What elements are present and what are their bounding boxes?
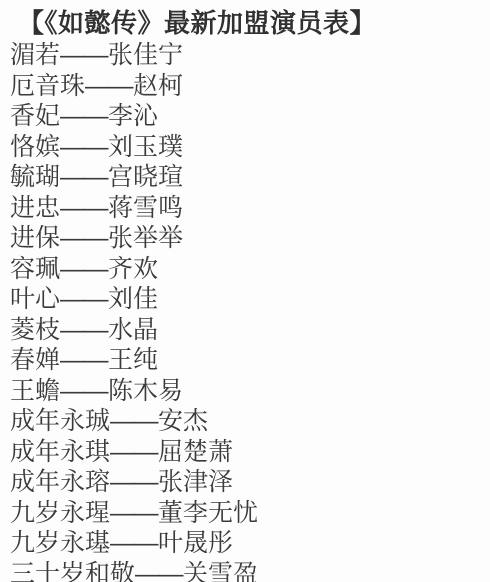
dash-separator: ——: [60, 41, 107, 69]
role-name: 进忠: [10, 194, 60, 222]
cast-entry: 恪嫔——刘玉璞: [10, 132, 490, 163]
actor-name: 刘玉璞: [108, 133, 183, 161]
cast-entry: 春婵——王纯: [10, 345, 490, 376]
cast-entry: 九岁永瑆——董李无忧: [10, 498, 490, 529]
cast-list-page: 【《如懿传》最新加盟演员表】 湄若——张佳宁 厄音珠——赵柯 香妃——李沁 恪嫔…: [0, 0, 490, 582]
dash-separator: ——: [110, 499, 157, 527]
cast-entry: 毓瑚——宫晓瑄: [10, 162, 490, 193]
actor-name: 陈木易: [108, 377, 183, 405]
actor-name: 屈楚萧: [158, 438, 233, 466]
page-title: 【《如懿传》最新加盟演员表】: [18, 6, 490, 40]
role-name: 叶心: [10, 285, 60, 313]
dash-separator: ——: [60, 346, 107, 374]
role-name: 成年永瑢: [10, 468, 110, 496]
role-name: 王蟾: [10, 377, 60, 405]
actor-name: 关雪盈: [183, 560, 258, 582]
role-name: 进保: [10, 224, 60, 252]
role-name: 九岁永璂: [10, 529, 110, 557]
role-name: 香妃: [10, 102, 60, 130]
dash-separator: ——: [110, 529, 157, 557]
dash-separator: ——: [110, 407, 157, 435]
dash-separator: ——: [135, 560, 182, 582]
actor-name: 董李无忧: [158, 499, 258, 527]
cast-entry: 王蟾——陈木易: [10, 376, 490, 407]
dash-separator: ——: [60, 285, 107, 313]
dash-separator: ——: [60, 255, 107, 283]
role-name: 成年永珹: [10, 407, 110, 435]
dash-separator: ——: [60, 224, 107, 252]
dash-separator: ——: [60, 316, 107, 344]
cast-entry: 香妃——李沁: [10, 101, 490, 132]
dash-separator: ——: [60, 377, 107, 405]
cast-entry: 湄若——张佳宁: [10, 40, 490, 71]
role-name: 春婵: [10, 346, 60, 374]
dash-separator: ——: [60, 102, 107, 130]
cast-entry: 成年永珹——安杰: [10, 406, 490, 437]
role-name: 成年永琪: [10, 438, 110, 466]
cast-entry: 厄音珠——赵柯: [10, 71, 490, 102]
role-name: 毓瑚: [10, 163, 60, 191]
cast-entry: 成年永琪——屈楚萧: [10, 437, 490, 468]
role-name: 九岁永瑆: [10, 499, 110, 527]
actor-name: 张举举: [108, 224, 183, 252]
cast-entry: 进忠——蒋雪鸣: [10, 193, 490, 224]
actor-name: 张佳宁: [108, 41, 183, 69]
cast-entry: 进保——张举举: [10, 223, 490, 254]
actor-name: 齐欢: [108, 255, 158, 283]
cast-entry: 容珮——齐欢: [10, 254, 490, 285]
cast-entry: 叶心——刘佳: [10, 284, 490, 315]
actor-name: 蒋雪鸣: [108, 194, 183, 222]
cast-entry: 成年永瑢——张津泽: [10, 467, 490, 498]
role-name: 菱枝: [10, 316, 60, 344]
role-name: 厄音珠: [10, 72, 85, 100]
dash-separator: ——: [110, 438, 157, 466]
actor-name: 王纯: [108, 346, 158, 374]
actor-name: 李沁: [108, 102, 158, 130]
role-name: 恪嫔: [10, 133, 60, 161]
cast-entry: 三十岁和敬——关雪盈: [10, 559, 490, 582]
actor-name: 安杰: [158, 407, 208, 435]
dash-separator: ——: [60, 194, 107, 222]
dash-separator: ——: [60, 163, 107, 191]
dash-separator: ——: [110, 468, 157, 496]
dash-separator: ——: [60, 133, 107, 161]
cast-entry: 菱枝——水晶: [10, 315, 490, 346]
actor-name: 张津泽: [158, 468, 233, 496]
actor-name: 水晶: [108, 316, 158, 344]
role-name: 湄若: [10, 41, 60, 69]
actor-name: 赵柯: [133, 72, 183, 100]
actor-name: 叶晟彤: [158, 529, 233, 557]
dash-separator: ——: [85, 72, 132, 100]
role-name: 容珮: [10, 255, 60, 283]
role-name: 三十岁和敬: [10, 560, 135, 582]
cast-entry: 九岁永璂——叶晟彤: [10, 528, 490, 559]
actor-name: 宫晓瑄: [108, 163, 183, 191]
actor-name: 刘佳: [108, 285, 158, 313]
